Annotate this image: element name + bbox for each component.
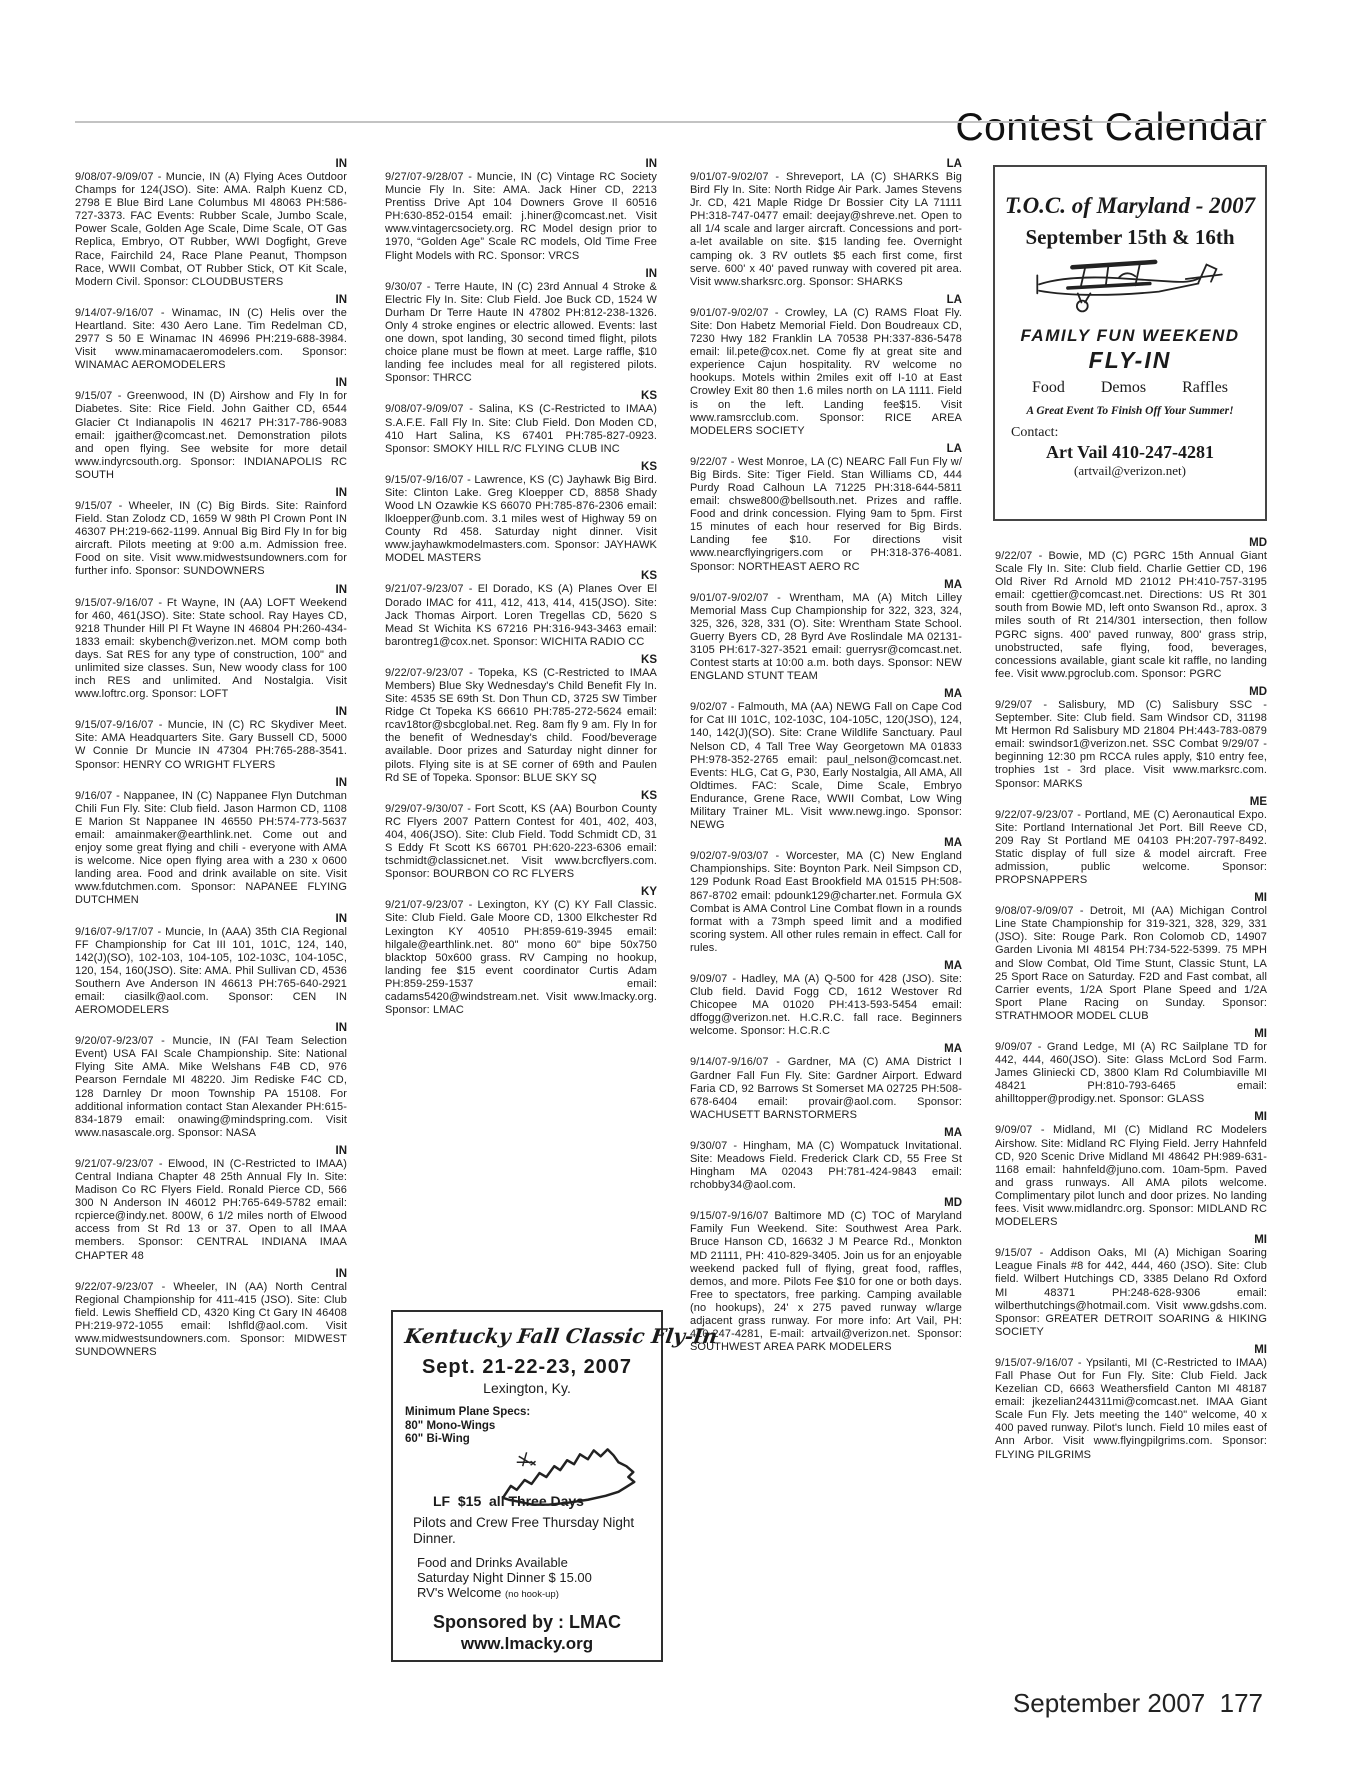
state-label: LA	[690, 294, 962, 306]
state-label: IN	[75, 1145, 347, 1157]
toc-ad-demos: Demos	[1101, 379, 1146, 397]
calendar-entry: 9/30/07 - Hingham, MA (C) Wompatuck Invi…	[690, 1140, 962, 1192]
state-label: IN	[75, 487, 347, 499]
state-label: IN	[75, 1268, 347, 1280]
calendar-entry: 9/21/07-9/23/07 - El Dorado, KS (A) Plan…	[385, 583, 657, 648]
state-label: MA	[690, 1127, 962, 1139]
calendar-entry: 9/02/07-9/03/07 - Worcester, MA (C) New …	[690, 850, 962, 955]
calendar-entry: 9/22/07-9/23/07 - Topeka, KS (C-Restrict…	[385, 667, 657, 785]
column-2: IN9/27/07-9/28/07 - Muncie, IN (C) Vinta…	[385, 158, 657, 1017]
column-4: MD9/22/07 - Bowie, MD (C) PGRC 15th Annu…	[995, 537, 1267, 1462]
calendar-entry: 9/15/07-9/16/07 - Muncie, IN (C) RC Skyd…	[75, 719, 347, 771]
calendar-entry: 9/16/07-9/17/07 - Muncie, In (AAA) 35th …	[75, 926, 347, 1018]
calendar-entry: 9/20/07-9/23/07 - Muncie, IN (FAI Team S…	[75, 1035, 347, 1140]
state-label: KS	[385, 461, 657, 473]
calendar-entry: 9/22/07-9/23/07 - Portland, ME (C) Aeron…	[995, 809, 1267, 888]
kentucky-ad-sponsor: Sponsored by : LMAC	[405, 1612, 649, 1633]
state-label: IN	[385, 158, 657, 170]
state-label: MI	[995, 1028, 1267, 1040]
state-label: IN	[75, 294, 347, 306]
state-label: MD	[995, 686, 1267, 698]
calendar-entry: 9/15/07 - Wheeler, IN (C) Big Birds. Sit…	[75, 500, 347, 579]
calendar-entry: 9/15/07-9/16/07 Baltimore MD (C) TOC of …	[690, 1210, 962, 1354]
calendar-entry: 9/08/07-9/09/07 - Detroit, MI (AA) Michi…	[995, 905, 1267, 1023]
state-label: MI	[995, 892, 1267, 904]
toc-ad-food: Food	[1032, 379, 1065, 397]
state-label: IN	[75, 377, 347, 389]
kentucky-ad-saturday-dinner: Saturday Night Dinner $ 15.00	[417, 1570, 649, 1585]
calendar-entry: 9/09/07 - Grand Ledge, MI (A) RC Sailpla…	[995, 1041, 1267, 1106]
state-label: LA	[690, 158, 962, 170]
state-label: IN	[75, 584, 347, 596]
toc-ad-family-fun-weekend: FAMILY FUN WEEKEND	[995, 326, 1265, 346]
kentucky-ad-food-note: Food and Drinks Available	[417, 1555, 649, 1570]
biplane-icon	[995, 252, 1265, 324]
calendar-entry: 9/29/07-9/30/07 - Fort Scott, KS (AA) Bo…	[385, 803, 657, 882]
calendar-entry: 9/15/07 - Greenwood, IN (D) Airshow and …	[75, 390, 347, 482]
calendar-entry: 9/09/07 - Hadley, MA (A) Q-500 for 428 (…	[690, 973, 962, 1038]
toc-ad-tagline: A Great Event To Finish Off Your Summer!	[995, 405, 1265, 417]
kentucky-ad-rv-welcome: RV's Welcome	[417, 1585, 501, 1600]
state-label: KS	[385, 654, 657, 666]
state-label: MA	[690, 579, 962, 591]
calendar-entry: 9/08/07-9/09/07 - Salina, KS (C-Restrict…	[385, 403, 657, 455]
kentucky-ad-dates: Sept. 21-22-23, 2007	[405, 1356, 649, 1379]
magazine-page: Contest Calendar IN9/08/07-9/09/07 - Mun…	[0, 0, 1350, 1769]
calendar-entry: 9/21/07-9/23/07 - Elwood, IN (C-Restrict…	[75, 1158, 347, 1263]
calendar-entry: 9/22/07 - West Monroe, LA (C) NEARC Fall…	[690, 456, 962, 574]
kentucky-ad-spec-mono: 80" Mono-Wings	[405, 1420, 545, 1434]
kentucky-ad-specs-heading: Minimum Plane Specs:	[405, 1406, 545, 1420]
toc-ad-raffles: Raffles	[1182, 379, 1228, 397]
state-label: IN	[75, 913, 347, 925]
small-plane-icon	[517, 1452, 536, 1466]
state-label: ME	[995, 796, 1267, 808]
calendar-entry: 9/15/07-9/16/07 - Lawrence, KS (C) Jayha…	[385, 474, 657, 566]
kentucky-state-outline-icon	[497, 1440, 655, 1520]
calendar-entry: 9/15/07-9/16/07 - Ypsilanti, MI (C-Restr…	[995, 1357, 1267, 1462]
calendar-entry: 9/01/07-9/02/07 - Crowley, LA (C) RAMS F…	[690, 307, 962, 438]
state-label: MI	[995, 1234, 1267, 1246]
state-label: MD	[690, 1197, 962, 1209]
calendar-entry: 9/15/07-9/16/07 - Ft Wayne, IN (AA) LOFT…	[75, 597, 347, 702]
calendar-entry: 9/22/07 - Bowie, MD (C) PGRC 15th Annual…	[995, 550, 1267, 681]
calendar-entry: 9/29/07 - Salisbury, MD (C) Salisbury SS…	[995, 699, 1267, 791]
column-1: IN9/08/07-9/09/07 - Muncie, IN (A) Flyin…	[75, 158, 347, 1359]
state-label: MA	[690, 1043, 962, 1055]
calendar-entry: 9/21/07-9/23/07 - Lexington, KY (C) KY F…	[385, 899, 657, 1017]
toc-ad-contact-name: Art Vail 410-247-4281	[995, 442, 1265, 463]
kentucky-ad-location: Lexington, Ky.	[405, 1380, 649, 1396]
calendar-entry: 9/14/07-9/16/07 - Winamac, IN (C) Helis …	[75, 307, 347, 372]
state-label: KS	[385, 790, 657, 802]
state-label: LA	[690, 443, 962, 455]
calendar-entry: 9/09/07 - Midland, MI (C) Midland RC Mod…	[995, 1124, 1267, 1229]
toc-ad-contact-email: (artvail@verizon.net)	[995, 463, 1265, 479]
kentucky-ad-rv-no-hookup: (no hook-up)	[505, 1589, 559, 1600]
calendar-entry: 9/02/07 - Falmouth, MA (AA) NEWG Fall on…	[690, 701, 962, 832]
column-3: LA9/01/07-9/02/07 - Shreveport, LA (C) S…	[690, 158, 962, 1354]
calendar-entry: 9/01/07-9/02/07 - Shreveport, LA (C) SHA…	[690, 171, 962, 289]
state-label: MA	[690, 960, 962, 972]
page-title: Contest Calendar	[955, 106, 1267, 150]
state-label: MA	[690, 688, 962, 700]
state-label: KY	[385, 886, 657, 898]
state-label: MA	[690, 837, 962, 849]
toc-ad-title: T.O.C. of Maryland - 2007	[995, 193, 1265, 219]
kentucky-ad-title: Kentucky Fall Classic Fly-In	[403, 1324, 650, 1348]
state-label: IN	[385, 268, 657, 280]
state-label: IN	[75, 1022, 347, 1034]
state-label: KS	[385, 390, 657, 402]
title-rule	[75, 121, 1267, 123]
kentucky-ad-rv-note: RV's Welcome (no hook-up)	[417, 1585, 649, 1602]
calendar-entry: 9/27/07-9/28/07 - Muncie, IN (C) Vintage…	[385, 171, 657, 263]
calendar-entry: 9/16/07 - Nappanee, IN (C) Nappanee Flyn…	[75, 790, 347, 908]
state-label: IN	[75, 706, 347, 718]
calendar-entry: 9/22/07-9/23/07 - Wheeler, IN (AA) North…	[75, 1281, 347, 1360]
kentucky-fall-classic-ad: Kentucky Fall Classic Fly-In Sept. 21-22…	[391, 1310, 663, 1662]
toc-ad-fly-in: FLY-IN	[995, 347, 1265, 374]
toc-ad-dates: September 15th & 16th	[995, 225, 1265, 250]
state-label: IN	[75, 158, 347, 170]
page-footer: September 2007 177	[1013, 1688, 1263, 1719]
state-label: IN	[75, 777, 347, 789]
toc-maryland-ad: T.O.C. of Maryland - 2007 September 15th…	[993, 165, 1267, 521]
toc-ad-features: Food Demos Raffles	[1032, 379, 1228, 397]
kentucky-ad-website: www.lmacky.org	[405, 1634, 649, 1654]
state-label: KS	[385, 570, 657, 582]
toc-ad-contact-label: Contact:	[995, 425, 1265, 441]
calendar-entry: 9/01/07-9/02/07 - Wrentham, MA (A) Mitch…	[690, 592, 962, 684]
calendar-entry: 9/30/07 - Terre Haute, IN (C) 23rd Annua…	[385, 281, 657, 386]
state-label: MD	[995, 537, 1267, 549]
calendar-entry: 9/15/07 - Addison Oaks, MI (A) Michigan …	[995, 1247, 1267, 1339]
state-label: MI	[995, 1111, 1267, 1123]
calendar-entry: 9/08/07-9/09/07 - Muncie, IN (A) Flying …	[75, 171, 347, 289]
calendar-entry: 9/14/07-9/16/07 - Gardner, MA (C) AMA Di…	[690, 1056, 962, 1121]
state-label: MI	[995, 1344, 1267, 1356]
